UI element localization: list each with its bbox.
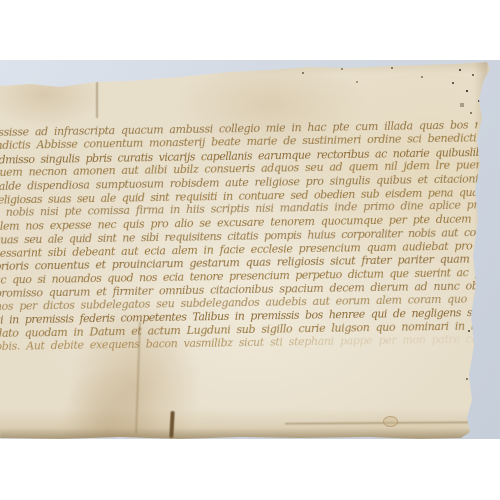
parchment-bottom-edge-shadow xyxy=(0,428,500,439)
manuscript-text: essisse ad infrascripta quacum ambussi c… xyxy=(0,118,492,353)
crease-mark xyxy=(96,82,98,118)
foxing-speckles-top xyxy=(0,60,2,62)
parchment-top-edge-shadow xyxy=(0,60,500,81)
foxing-speckles-top-right xyxy=(0,60,2,62)
parchment-right-edge-shadow xyxy=(474,60,488,439)
parchment-sheet: essisse ad infrascripta quacum ambussi c… xyxy=(0,60,500,439)
foxing-speckles-right xyxy=(0,60,2,62)
page-canvas: essisse ad infrascripta quacum ambussi c… xyxy=(0,0,500,500)
fold-line xyxy=(285,421,475,424)
document-photo: essisse ad infrascripta quacum ambussi c… xyxy=(0,60,500,439)
ring-stain xyxy=(383,416,398,427)
